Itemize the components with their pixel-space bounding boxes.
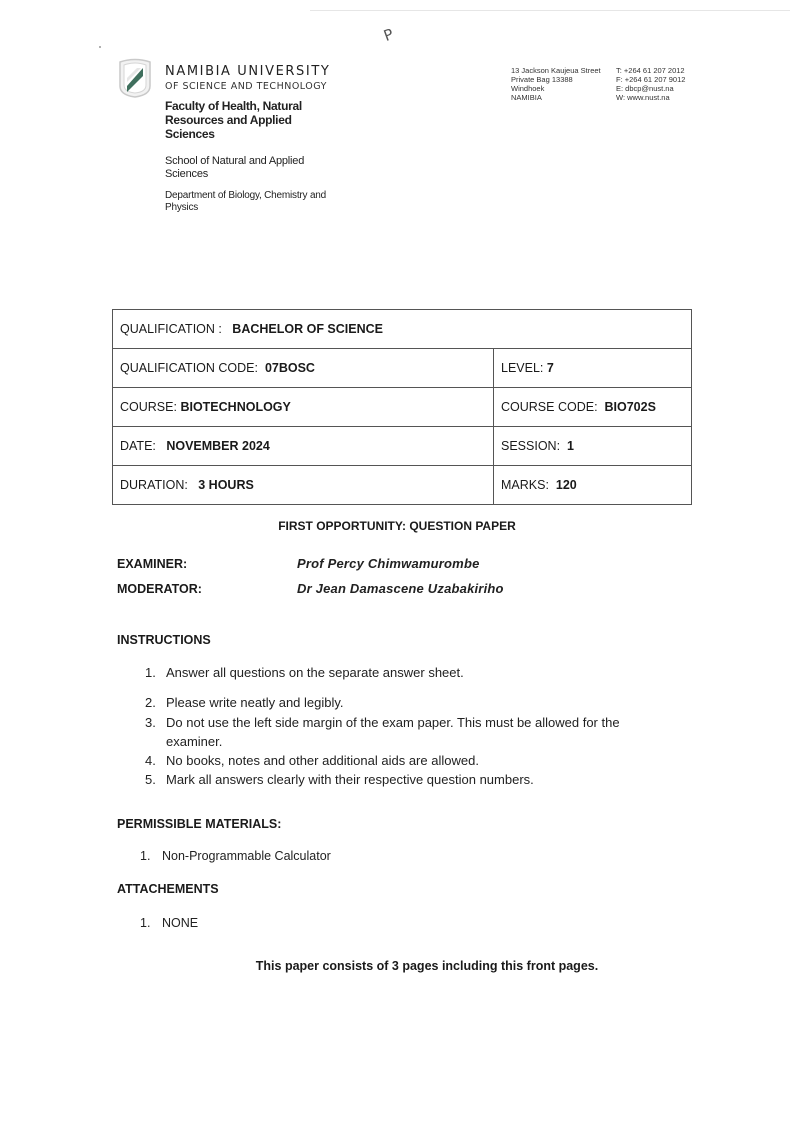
instruction-item: 4.No books, notes and other additional a… bbox=[145, 753, 666, 768]
session-cell: SESSION: 1 bbox=[494, 427, 692, 466]
qualification-label: QUALIFICATION : bbox=[120, 322, 222, 336]
instruction-item: 2.Please write neatly and legibly. bbox=[145, 695, 666, 710]
course-code-value: BIO702S bbox=[605, 400, 656, 414]
item-number: 1. bbox=[140, 849, 162, 863]
level-cell: LEVEL: 7 bbox=[494, 349, 692, 388]
address-line: Windhoek bbox=[511, 84, 601, 93]
level-value: 7 bbox=[547, 361, 554, 375]
table-row: QUALIFICATION : BACHELOR OF SCIENCE bbox=[113, 310, 692, 349]
item-number: 5. bbox=[145, 772, 166, 787]
table-row: COURSE: BIOTECHNOLOGY COURSE CODE: BIO70… bbox=[113, 388, 692, 427]
materials-heading: PERMISSIBLE MATERIALS: bbox=[117, 817, 281, 831]
university-name: NAMIBIA UNIVERSITY bbox=[165, 64, 330, 79]
course-code-label: COURSE CODE: bbox=[501, 400, 598, 414]
handwritten-mark: P bbox=[381, 25, 396, 45]
examiner-label: EXAMINER: bbox=[117, 557, 187, 571]
date-cell: DATE: NOVEMBER 2024 bbox=[113, 427, 494, 466]
address-line: Private Bag 13388 bbox=[511, 75, 601, 84]
contact-phone: T: +264 61 207 2012 bbox=[616, 66, 685, 75]
qualification-code-value: 07BOSC bbox=[265, 361, 315, 375]
level-label: LEVEL: bbox=[501, 361, 543, 375]
qualification-value: BACHELOR OF SCIENCE bbox=[232, 322, 383, 336]
duration-cell: DURATION: 3 HOURS bbox=[113, 466, 494, 505]
opportunity-title: FIRST OPPORTUNITY: QUESTION PAPER bbox=[0, 519, 794, 533]
table-row: DURATION: 3 HOURS MARKS: 120 bbox=[113, 466, 692, 505]
item-text: NONE bbox=[162, 916, 198, 930]
item-number: 2. bbox=[145, 695, 166, 710]
faculty-name: Faculty of Health, Natural Resources and… bbox=[165, 99, 335, 141]
course-label: COURSE: bbox=[120, 400, 177, 414]
item-text: Non-Programmable Calculator bbox=[162, 849, 331, 863]
date-label: DATE: bbox=[120, 439, 156, 453]
contact-details: T: +264 61 207 2012 F: +264 61 207 9012 … bbox=[616, 66, 685, 102]
marks-cell: MARKS: 120 bbox=[494, 466, 692, 505]
qualification-code-label: QUALIFICATION CODE: bbox=[120, 361, 258, 375]
item-text: No books, notes and other additional aid… bbox=[166, 753, 666, 768]
course-value: BIOTECHNOLOGY bbox=[180, 400, 290, 414]
date-value: NOVEMBER 2024 bbox=[166, 439, 270, 453]
contact-fax: F: +264 61 207 9012 bbox=[616, 75, 685, 84]
address-line: NAMIBIA bbox=[511, 93, 601, 102]
scan-speck bbox=[99, 46, 101, 48]
session-label: SESSION: bbox=[501, 439, 560, 453]
contact-email: E: dbcp@nust.na bbox=[616, 84, 685, 93]
course-cell: COURSE: BIOTECHNOLOGY bbox=[113, 388, 494, 427]
postal-address: 13 Jackson Kaujeua Street Private Bag 13… bbox=[511, 66, 601, 102]
item-text: Answer all questions on the separate ans… bbox=[166, 665, 666, 680]
marks-value: 120 bbox=[556, 478, 577, 492]
moderator-name: Dr Jean Damascene Uzabakiriho bbox=[297, 581, 504, 596]
table-row: DATE: NOVEMBER 2024 SESSION: 1 bbox=[113, 427, 692, 466]
item-text: Mark all answers clearly with their resp… bbox=[166, 772, 666, 787]
attachments-item: 1.NONE bbox=[140, 916, 198, 930]
item-text: Please write neatly and legibly. bbox=[166, 695, 666, 710]
instruction-item: 3.Do not use the left side margin of the… bbox=[145, 713, 666, 751]
attachments-heading: ATTACHEMENTS bbox=[117, 882, 219, 896]
qualification-code-cell: QUALIFICATION CODE: 07BOSC bbox=[113, 349, 494, 388]
scan-edge-line bbox=[310, 10, 790, 11]
materials-item: 1.Non-Programmable Calculator bbox=[140, 849, 331, 863]
examiner-name: Prof Percy Chimwamurombe bbox=[297, 556, 480, 571]
session-value: 1 bbox=[567, 439, 574, 453]
address-line: 13 Jackson Kaujeua Street bbox=[511, 66, 601, 75]
item-number: 1. bbox=[145, 665, 166, 680]
university-logo-icon bbox=[117, 58, 153, 98]
item-number: 3. bbox=[145, 713, 166, 732]
course-code-cell: COURSE CODE: BIO702S bbox=[494, 388, 692, 427]
exam-info-table: QUALIFICATION : BACHELOR OF SCIENCE QUAL… bbox=[112, 309, 692, 505]
item-text: Do not use the left side margin of the e… bbox=[166, 713, 666, 751]
instruction-item: 5.Mark all answers clearly with their re… bbox=[145, 772, 666, 787]
school-name: School of Natural and Applied Sciences bbox=[165, 155, 335, 181]
item-number: 1. bbox=[140, 916, 162, 930]
contact-website: W: www.nust.na bbox=[616, 93, 685, 102]
qualification-cell: QUALIFICATION : BACHELOR OF SCIENCE bbox=[113, 310, 692, 349]
university-subtitle: OF SCIENCE AND TECHNOLOGY bbox=[165, 81, 327, 92]
department-name: Department of Biology, Chemistry and Phy… bbox=[165, 190, 335, 214]
instruction-item: 1.Answer all questions on the separate a… bbox=[145, 665, 666, 680]
item-number: 4. bbox=[145, 753, 166, 768]
page-count-note: This paper consists of 3 pages including… bbox=[0, 959, 794, 973]
instructions-heading: INSTRUCTIONS bbox=[117, 633, 211, 647]
duration-value: 3 HOURS bbox=[198, 478, 254, 492]
marks-label: MARKS: bbox=[501, 478, 549, 492]
table-row: QUALIFICATION CODE: 07BOSC LEVEL: 7 bbox=[113, 349, 692, 388]
duration-label: DURATION: bbox=[120, 478, 188, 492]
moderator-label: MODERATOR: bbox=[117, 582, 202, 596]
